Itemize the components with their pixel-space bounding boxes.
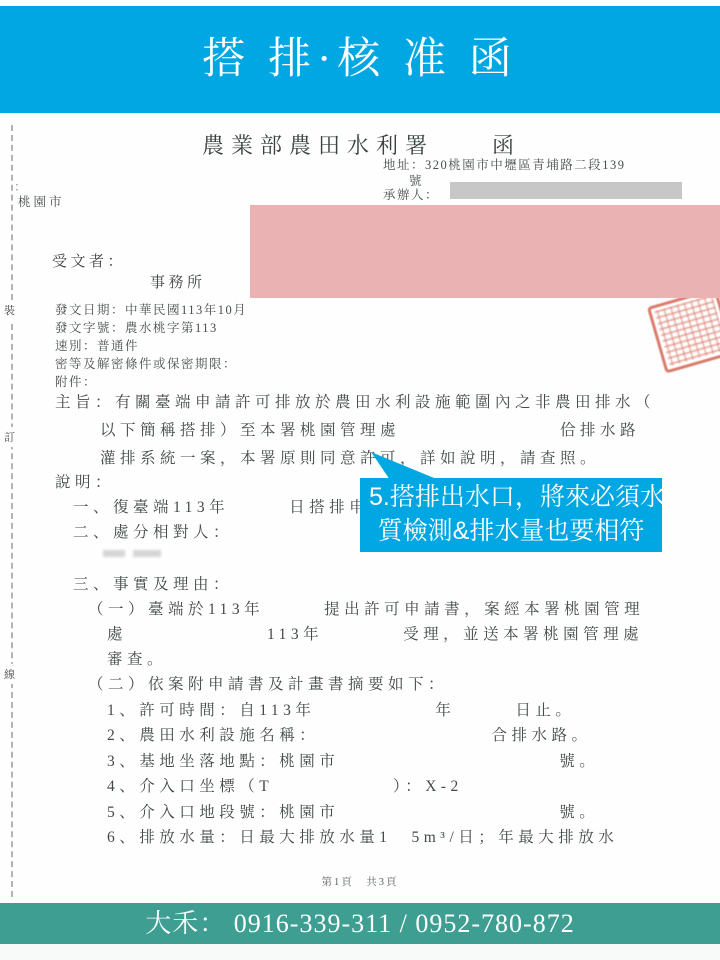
subject-line2: 以下簡稱搭排）至本署桃園管理處 佮排水路	[100, 418, 640, 440]
bottom-strip	[0, 944, 720, 960]
erased-text-remnant	[133, 550, 161, 557]
official-seal-stamp	[647, 287, 720, 373]
header-banner: 搭 排·核 准 函	[0, 6, 720, 113]
meta-attachment: 附件：	[55, 372, 97, 390]
binding-mark-ding: 訂	[4, 427, 15, 447]
sub-item-1: 1、許可時間：自113年 年 日止。	[107, 698, 575, 720]
sender-officer-label: 承辦人：	[383, 185, 439, 203]
meta-speed: 速別：普通件	[55, 336, 139, 354]
recipient-office: 事務所	[150, 271, 206, 292]
binding-mark-zhuang: 裝	[4, 300, 15, 320]
binding-mark-xian: 線	[4, 664, 15, 684]
sub-item-5: 5、介入口地段號：桃園市 號。	[107, 800, 599, 822]
explanation-item3: 三、事實及理由：	[73, 572, 233, 594]
recipient-city: 桃園市	[18, 192, 65, 210]
pink-redaction-overlay	[250, 205, 720, 298]
callout-text-line2: 質檢測&排水量也要相符	[360, 514, 662, 549]
banner-title: 搭 排·核 准 函	[0, 6, 720, 113]
page-indicator: 第1頁 共3頁	[0, 874, 720, 889]
screenshot-root: 搭 排·核 准 函 裝 訂 線 農業部農田水利署 函 地址：320桃園市中壢區青…	[0, 0, 720, 960]
explanation-item3-2: （二）依案附申請書及計畫書摘要如下：	[88, 672, 448, 694]
meta-issue-date: 發文日期：中華民國113年10月	[55, 300, 247, 318]
sub-item-2: 2、農田水利設施名稱： 合排水路。	[107, 723, 592, 745]
erased-text-remnant	[103, 550, 125, 557]
subject-line3: 灌排系統一案，本署原則同意許可，詳如說明，請查照。	[100, 446, 600, 468]
footer-contact: 大禾： 0916-339-311 / 0952-780-872	[0, 903, 720, 944]
meta-doc-number: 發文字號：農水桃字第113	[55, 318, 218, 336]
sub-item-4: 4、介入口坐標（T ）：X-2	[107, 774, 463, 796]
subject-line1: 主旨：有關臺端申請許可排放於農田水利設施範圍內之非農田排水（	[55, 390, 655, 412]
explanation-item3-1c: 審查。	[107, 647, 167, 669]
recipient-label: 受文者：	[52, 250, 126, 271]
explanation-item2: 二、處分相對人：	[73, 520, 233, 542]
meta-secrecy: 密等及解密條件或保密期限：	[55, 354, 237, 372]
sub-item-3: 3、基地坐落地點：桃園市 號。	[107, 749, 599, 771]
explanation-item3-1b: 處 113年 受理，並送本署桃園管理處	[107, 622, 643, 644]
binding-dashed-line	[11, 125, 13, 897]
explanation-item3-1a: （一）臺端於113年 提出許可申請書，案經本署桃園管理	[88, 597, 644, 619]
callout-text-line1: 5.搭排出水口，將來必須水	[369, 480, 665, 515]
explanation-label: 說明：	[55, 470, 115, 492]
footer-banner: 大禾： 0916-339-311 / 0952-780-872	[0, 903, 720, 944]
officer-name-redaction	[450, 182, 682, 199]
annotation-callout: 5.搭排出水口，將來必須水 質檢測&排水量也要相符	[360, 478, 662, 552]
explanation-item1: 一、復臺端113年 日搭排申	[73, 495, 369, 517]
sub-item-6: 6、排放水量：日最大排放水量1 5m³/日；年最大排放水	[107, 825, 618, 847]
